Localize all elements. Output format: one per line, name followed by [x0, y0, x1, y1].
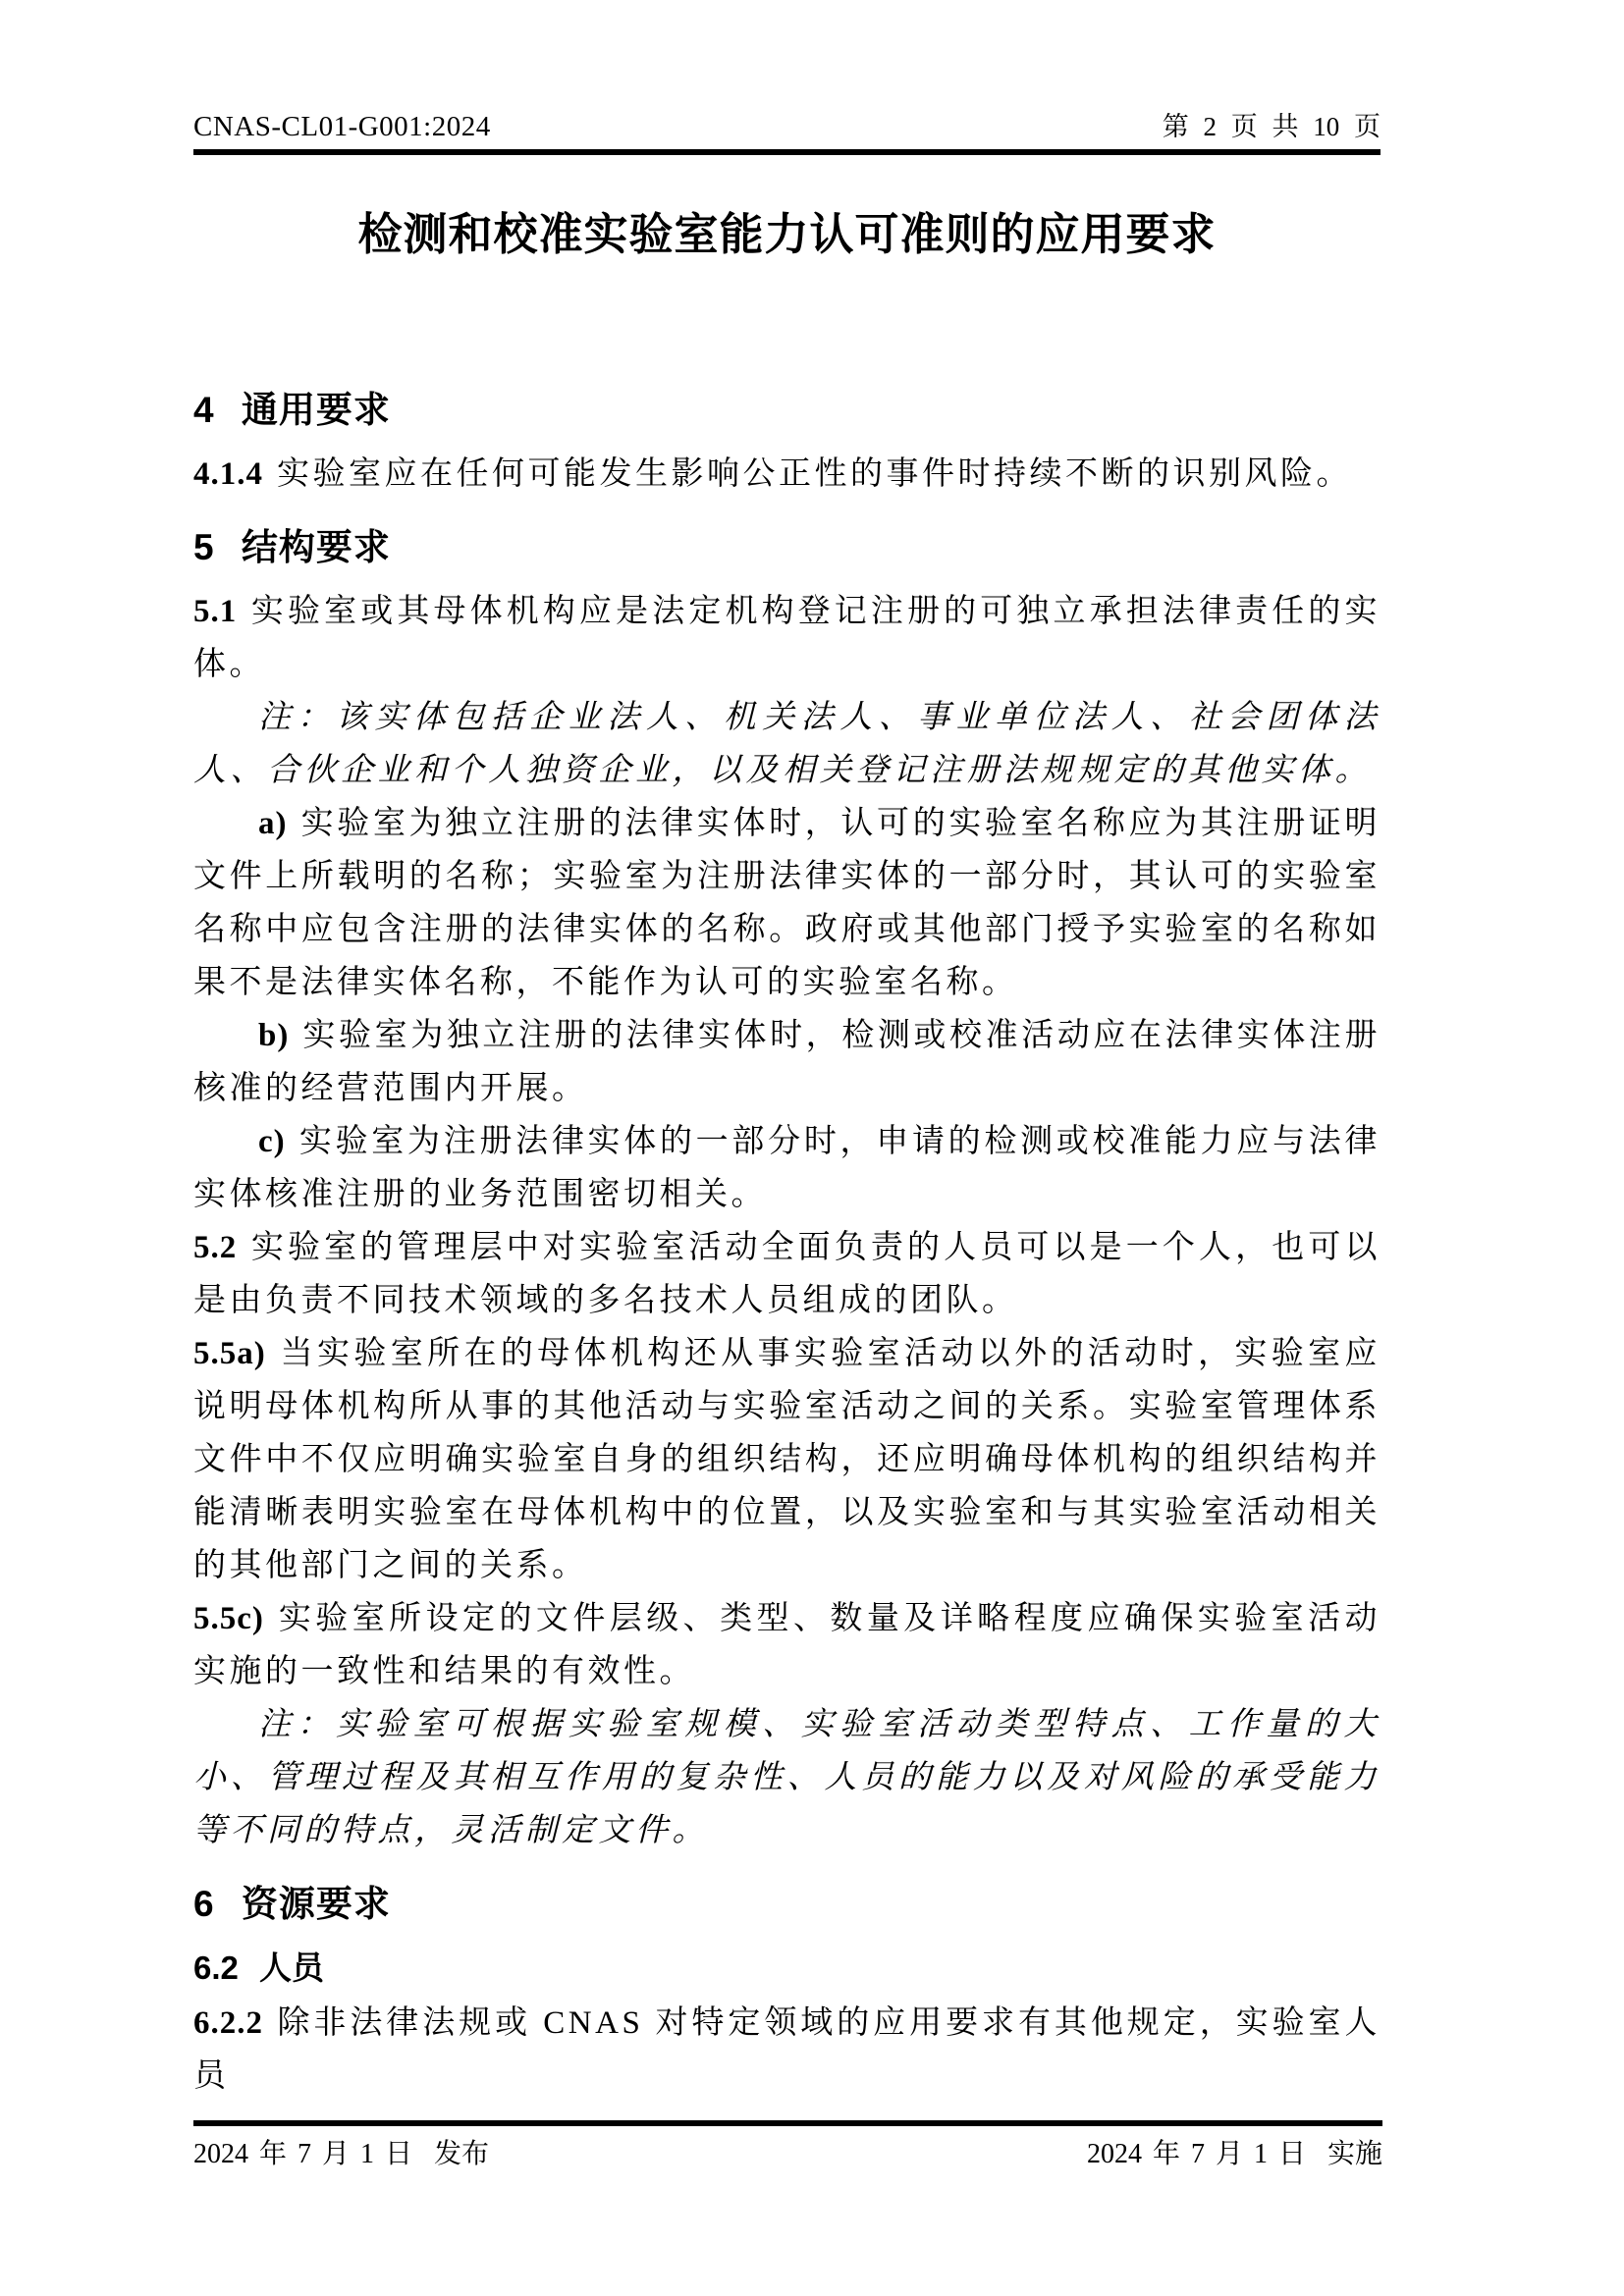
clause-5-2-label: 5.2 — [193, 1230, 237, 1265]
clause-5-2: 5.2实验室的管理层中对实验室活动全面负责的人员可以是一个人，也可以是由负责不同… — [193, 1221, 1380, 1327]
list-item-a-label: a) — [258, 806, 288, 841]
clause-6-2-2-label: 6.2.2 — [193, 2005, 263, 2041]
release-date: 2024 年 7 月 1 日 发布 — [193, 2138, 489, 2171]
document-code: CNAS-CL01-G001:2024 — [193, 110, 491, 143]
section-heading-5: 5 结构要求 — [193, 520, 1380, 575]
clause-5-1: 5.1实验室或其母体机构应是法定机构登记注册的可独立承担法律责任的实体。 — [193, 585, 1380, 691]
clause-4-1-4-text: 实验室应在任何可能发生影响公正性的事件时持续不断的识别风险。 — [277, 456, 1352, 492]
note-5-5c: 注：实验室可根据实验室规模、实验室活动类型特点、工作量的大小、管理过程及其相互作… — [193, 1698, 1380, 1857]
list-item-c: c)实验室为注册法律实体的一部分时，申请的检测或校准能力应与法律实体核准注册的业… — [193, 1115, 1380, 1221]
list-item-c-text: 实验室为注册法律实体的一部分时，申请的检测或校准能力应与法律实体核准注册的业务范… — [193, 1124, 1380, 1212]
document-body: 4 通用要求 4.1.4实验室应在任何可能发生影响公正性的事件时持续不断的识别风… — [193, 383, 1380, 2103]
section-heading-6: 6 资源要求 — [193, 1877, 1380, 1932]
clause-5-5c-label: 5.5c) — [193, 1601, 264, 1636]
clause-5-5a-label: 5.5a) — [193, 1336, 266, 1371]
document-title: 检测和校准实验室能力认可准则的应用要求 — [193, 206, 1380, 263]
page-footer: 2024 年 7 月 1 日 发布 2024 年 7 月 1 日 实施 — [193, 2120, 1382, 2171]
list-item-c-label: c) — [258, 1124, 286, 1159]
implement-date: 2024 年 7 月 1 日 实施 — [1087, 2138, 1382, 2171]
list-item-a-text: 实验室为独立注册的法律实体时，认可的实验室名称应为其注册证明文件上所载明的名称；… — [193, 806, 1380, 1000]
subsection-heading-6-2: 6.2 人员 — [193, 1942, 1380, 1995]
clause-5-5c: 5.5c)实验室所设定的文件层级、类型、数量及详略程度应确保实验室活动实施的一致… — [193, 1592, 1380, 1698]
clause-5-5a-text: 当实验室所在的母体机构还从事实验室活动以外的活动时，实验室应说明母体机构所从事的… — [193, 1336, 1380, 1583]
page-header: CNAS-CL01-G001:2024 第 2 页 共 10 页 — [193, 110, 1380, 155]
clause-5-1-label: 5.1 — [193, 594, 237, 629]
document-page: CNAS-CL01-G001:2024 第 2 页 共 10 页 检测和校准实验… — [0, 0, 1624, 2296]
clause-4-1-4-label: 4.1.4 — [193, 456, 263, 492]
list-item-a: a)实验室为独立注册的法律实体时，认可的实验室名称应为其注册证明文件上所载明的名… — [193, 797, 1380, 1009]
list-item-b: b)实验室为独立注册的法律实体时，检测或校准活动应在法律实体注册核准的经营范围内… — [193, 1009, 1380, 1115]
clause-5-5c-text: 实验室所设定的文件层级、类型、数量及详略程度应确保实验室活动实施的一致性和结果的… — [193, 1601, 1380, 1689]
clause-5-5a: 5.5a)当实验室所在的母体机构还从事实验室活动以外的活动时，实验室应说明母体机… — [193, 1327, 1380, 1592]
clause-4-1-4: 4.1.4实验室应在任何可能发生影响公正性的事件时持续不断的识别风险。 — [193, 448, 1380, 501]
list-item-b-label: b) — [258, 1018, 289, 1053]
clause-5-1-text: 实验室或其母体机构应是法定机构登记注册的可独立承担法律责任的实体。 — [193, 594, 1380, 682]
clause-6-2-2-text: 除非法律法规或 CNAS 对特定领域的应用要求有其他规定，实验室人员 — [193, 2005, 1380, 2094]
clause-5-2-text: 实验室的管理层中对实验室活动全面负责的人员可以是一个人，也可以是由负责不同技术领… — [193, 1230, 1380, 1318]
list-item-b-text: 实验室为独立注册的法律实体时，检测或校准活动应在法律实体注册核准的经营范围内开展… — [193, 1018, 1380, 1106]
section-heading-4: 4 通用要求 — [193, 383, 1380, 438]
clause-6-2-2: 6.2.2除非法律法规或 CNAS 对特定领域的应用要求有其他规定，实验室人员 — [193, 1997, 1380, 2103]
page-number-indicator: 第 2 页 共 10 页 — [1163, 110, 1380, 143]
note-5-1: 注：该实体包括企业法人、机关法人、事业单位法人、社会团体法人、合伙企业和个人独资… — [193, 691, 1380, 797]
